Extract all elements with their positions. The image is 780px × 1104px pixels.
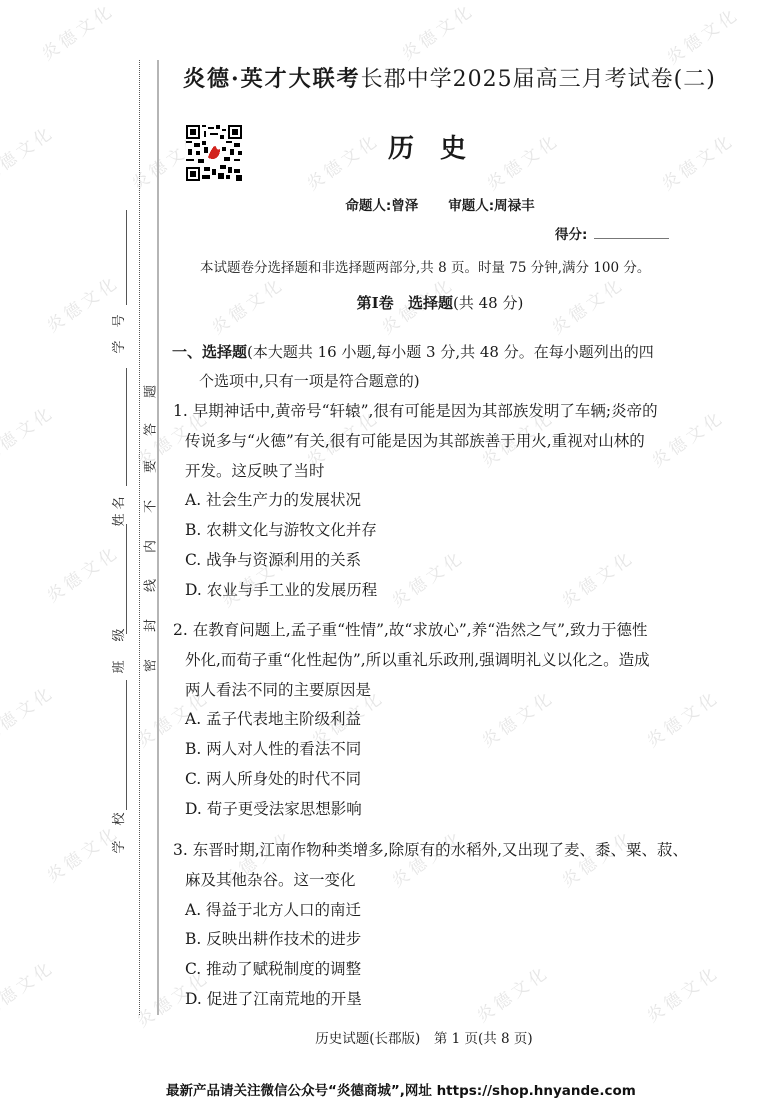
watermark: 炎德文化	[35, 0, 118, 65]
class-label-b: 级	[113, 628, 127, 642]
setter: 命题人:曾泽	[345, 198, 418, 214]
option-b[interactable]: B. 两人对人性的看法不同	[173, 735, 673, 765]
exam-title: 长郡中学2025届高三月考试卷(二)	[361, 67, 716, 92]
page-footer: 历史试题(长郡版) 第 1 页(共 8 页)	[0, 1027, 780, 1047]
option-c[interactable]: C. 推动了赋税制度的调整	[173, 955, 673, 985]
part-heading: 第Ⅰ卷 选择题(共 48 分)	[0, 292, 780, 313]
student-id-label-b: 号	[113, 314, 127, 328]
question-3: 3. 东晋时期,江南作物种类增多,除原有的水稻外,又出现了麦、黍、粟、菽、 麻及…	[173, 836, 673, 1015]
promo-banner[interactable]: 最新产品请关注微信公众号“炎德商城”,网址 https://shop.hnyan…	[166, 1079, 636, 1099]
question-stem-line: 3. 东晋时期,江南作物种类增多,除原有的水稻外,又出现了麦、黍、粟、菽、	[173, 836, 673, 866]
name-fill-line[interactable]	[126, 368, 127, 486]
option-a[interactable]: A. 社会生产力的发展状况	[173, 486, 673, 516]
option-a[interactable]: A. 孟子代表地主阶级利益	[173, 705, 673, 735]
question-2: 2. 在教育问题上,孟子重“性情”,故“求放心”,养“浩然之气”,致力于德性 外…	[173, 616, 673, 825]
section-desc-1: (本大题共 16 小题,每小题 3 分,共 48 分。在每小题列出的四	[247, 343, 654, 361]
option-d[interactable]: D. 荀子更受法家思想影响	[173, 795, 673, 825]
name-label-a: 姓	[113, 513, 127, 527]
authors-line: 命题人:曾泽审题人:周禄丰	[0, 194, 780, 214]
student-id-label-a: 学	[113, 340, 127, 354]
score-fill-line[interactable]	[594, 238, 669, 239]
part-label: 第Ⅰ卷	[357, 294, 394, 312]
question-stem-line: 传说多与“火德”有关,很有可能是因为其部族善于用火,重视对山林的	[173, 427, 673, 457]
seal-char: 线	[140, 579, 159, 593]
school-label-a: 学	[113, 840, 127, 854]
watermark: 炎德文化	[0, 678, 59, 747]
seal-char: 要	[140, 460, 159, 474]
question-stem-line: 外化,而荀子重“化性起伪”,所以重礼乐政刑,强调明礼义以化之。造成	[173, 646, 673, 676]
score-label: 得分:	[555, 223, 587, 243]
question-stem-line: 2. 在教育问题上,孟子重“性情”,故“求放心”,养“浩然之气”,致力于德性	[173, 616, 673, 646]
option-d[interactable]: D. 农业与手工业的发展历程	[173, 576, 673, 606]
question-stem-line: 1. 早期神话中,黄帝号“轩辕”,很有可能是因为其部族发明了车辆;炎帝的	[173, 397, 673, 427]
watermark: 炎德文化	[0, 398, 59, 467]
section-heading: 一、选择题(本大题共 16 小题,每小题 3 分,共 48 分。在每小题列出的四…	[172, 338, 672, 396]
section-desc-2: 个选项中,只有一项是符合题意的)	[172, 367, 672, 396]
question-1: 1. 早期神话中,黄帝号“轩辕”,很有可能是因为其部族发明了车辆;炎帝的 传说多…	[173, 397, 673, 606]
reviewer: 审题人:周禄丰	[448, 198, 534, 214]
brand-name: 炎德·英才大联考	[183, 66, 361, 92]
option-d[interactable]: D. 促进了江南荒地的开垦	[173, 985, 673, 1015]
option-b[interactable]: B. 农耕文化与游牧文化并存	[173, 516, 673, 546]
option-a[interactable]: A. 得益于北方人口的南迁	[173, 896, 673, 926]
subject-title: 历史	[0, 128, 780, 165]
part-title: 选择题	[408, 294, 453, 312]
watermark: 炎德文化	[660, 0, 743, 69]
class-label-a: 班	[113, 660, 127, 674]
seal-char: 不	[140, 500, 159, 514]
option-b[interactable]: B. 反映出耕作技术的进步	[173, 925, 673, 955]
seal-char: 封	[140, 619, 159, 633]
seal-char: 题	[140, 385, 159, 399]
school-fill-line[interactable]	[126, 680, 127, 810]
part-points: (共 48 分)	[453, 294, 523, 312]
section-title: 一、选择题	[172, 343, 247, 361]
name-label-b: 名	[113, 496, 127, 510]
watermark: 炎德文化	[0, 953, 59, 1022]
option-c[interactable]: C. 战争与资源利用的关系	[173, 546, 673, 576]
question-stem-line: 麻及其他杂谷。这一变化	[173, 866, 673, 896]
watermark: 炎德文化	[40, 538, 123, 607]
seal-char: 答	[140, 423, 159, 437]
option-c[interactable]: C. 两人所身处的时代不同	[173, 765, 673, 795]
exam-instructions: 本试题卷分选择题和非选择题两部分,共 8 页。时量 75 分钟,满分 100 分…	[200, 256, 650, 276]
exam-title-line: 炎德·英才大联考长郡中学2025届高三月考试卷(二)	[183, 62, 716, 93]
question-stem-line: 开发。这反映了当时	[173, 457, 673, 487]
watermark: 炎德文化	[395, 0, 478, 65]
question-stem-line: 两人看法不同的主要原因是	[173, 676, 673, 706]
student-id-fill-line[interactable]	[126, 210, 127, 305]
seal-char: 密	[140, 659, 159, 673]
school-label-b: 校	[113, 812, 127, 826]
class-fill-line[interactable]	[126, 524, 127, 634]
seal-char: 内	[140, 540, 159, 554]
